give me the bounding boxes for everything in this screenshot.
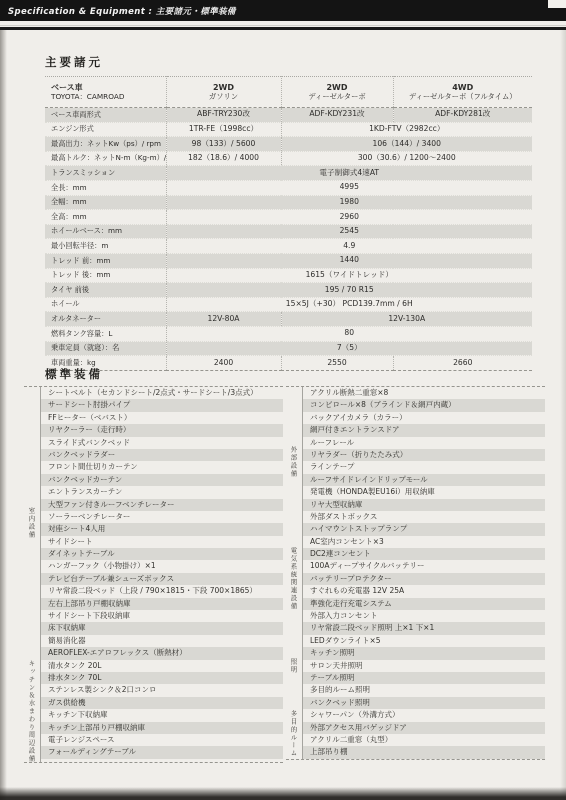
spec-row: 燃料タンク容量：L80 bbox=[45, 326, 532, 341]
page-edge-shadow-right bbox=[560, 30, 566, 800]
equipment-item: 排水タンク 70L bbox=[41, 672, 283, 684]
spec-cell: 106（144）/ 3400 bbox=[281, 137, 532, 152]
equipment-item: ガス供給機 bbox=[41, 697, 283, 709]
equipment-item: キッチン下収納庫 bbox=[41, 709, 283, 721]
equipment-item: エントランスカーテン bbox=[41, 486, 283, 498]
spec-row: 車両重量：kg240025502660 bbox=[45, 356, 532, 371]
equipment-group-label-text: キッチン＆水まわり周辺設備 bbox=[28, 660, 37, 763]
spec-cell: ADF-KDY231改 bbox=[281, 108, 393, 123]
equipment-item: 左右上部吊り戸棚収納庫 bbox=[41, 598, 283, 610]
spec-cell: 1KD-FTV（2982cc） bbox=[281, 122, 532, 137]
spec-row-label: ベース車両形式 bbox=[45, 108, 166, 123]
equipment-item: 多目的ルーム照明 bbox=[303, 684, 545, 696]
spec-header-line2: ディーゼルターボ bbox=[285, 93, 390, 101]
spec-row: 最小回転半径：m4.9 bbox=[45, 239, 532, 254]
spec-row-label: 乗車定員（就寝）：名 bbox=[45, 341, 166, 356]
equipment-item: スライド式バンクベッド bbox=[41, 437, 283, 449]
equipment-right-column: 外部設備アクリル断熱二重窓×8コンビロール×8（ブラインド＆網戸内蔵）バックアイ… bbox=[286, 386, 545, 760]
equipment-items: シートベルト（セカンドシート/2点式・サードシート/3点式）サードシート肘掛パイ… bbox=[41, 387, 283, 660]
equipment-item: コンビロール×8（ブラインド＆網戸内蔵） bbox=[303, 399, 545, 411]
spec-row: ホイールベース：mm2545 bbox=[45, 224, 532, 239]
spec-cell: 195 / 70 R15 bbox=[166, 283, 532, 298]
spec-cell: 2545 bbox=[166, 224, 532, 239]
spec-header-line1: 2WD bbox=[170, 83, 278, 92]
equipment-item: フロント間仕切りカーテン bbox=[41, 461, 283, 473]
equipment-item: テーブル照明 bbox=[303, 672, 545, 684]
equipment-group-label-text: 電気系統関連設備 bbox=[290, 547, 299, 610]
spec-header-line2: ガソリン bbox=[170, 93, 278, 101]
equipment-section-title: 標準装備 bbox=[45, 366, 103, 382]
equipment-item: リヤ常設二段ベッド照明 上×1 下×1 bbox=[303, 622, 545, 634]
spec-header-line1: 2WD bbox=[285, 83, 390, 92]
spec-cell: 4.9 bbox=[166, 239, 532, 254]
equipment-item: 外部ダストボックス bbox=[303, 511, 545, 523]
equipment-item: LEDダウンライト×5 bbox=[303, 635, 545, 647]
equipment-item: 簡易消化器 bbox=[41, 635, 283, 647]
equipment-item: リヤ常設二段ベッド（上段 / 790×1815・下段 700×1865） bbox=[41, 585, 283, 597]
spec-cell: 182（18.6）/ 4000 bbox=[166, 151, 281, 166]
equipment-item: ステンレス製シンク＆2口コンロ bbox=[41, 684, 283, 696]
equipment-item: サイドシート下段収納庫 bbox=[41, 610, 283, 622]
spec-row-label: 全幅：mm bbox=[45, 195, 166, 210]
equipment-items: 清水タンク 20L排水タンク 70Lステンレス製シンク＆2口コンロガス供給機キッ… bbox=[41, 660, 283, 763]
spec-cell: 4995 bbox=[166, 180, 532, 195]
spec-header-line2: ディーゼルターボ（フルタイム） bbox=[397, 93, 530, 101]
equipment-item: 準強化走行充電システム bbox=[303, 598, 545, 610]
equipment-item: 清水タンク 20L bbox=[41, 660, 283, 672]
spec-cell: 98（133）/ 5600 bbox=[166, 137, 281, 152]
equipment-item: 外部入力コンセント bbox=[303, 610, 545, 622]
spec-row-label: トレッド 後：mm bbox=[45, 268, 166, 283]
equipment-item: フォールディングテーブル bbox=[41, 746, 283, 758]
spec-cell: 7（5） bbox=[166, 341, 532, 356]
equipment-items: アクリル断熱二重窓×8コンビロール×8（ブラインド＆網戸内蔵）バックアイカメラ（… bbox=[303, 387, 545, 536]
spec-row: 全長：mm4995 bbox=[45, 180, 532, 195]
equipment-item: 外部アクセス用バゲッジドア bbox=[303, 722, 545, 734]
spec-table: ベース車TOYOTA：CAMROAD2WDガソリン2WDディーゼルターボ4WDデ… bbox=[45, 76, 532, 371]
equipment-group-label: キッチン＆水まわり周辺設備 bbox=[24, 660, 41, 763]
spec-header-line2: TOYOTA：CAMROAD bbox=[51, 93, 163, 101]
equipment-item: サロン天井照明 bbox=[303, 660, 545, 672]
equipment-item: バンクベッドカーテン bbox=[41, 474, 283, 486]
equipment-item: サードシート肘掛パイプ bbox=[41, 399, 283, 411]
equipment-group-label: 照明 bbox=[286, 622, 303, 709]
spec-header-base-vehicle: ベース車TOYOTA：CAMROAD bbox=[45, 77, 166, 108]
equipment-item: シートベルト（セカンドシート/2点式・サードシート/3点式） bbox=[41, 387, 283, 399]
spec-cell: 2960 bbox=[166, 210, 532, 225]
equipment-group: 外部設備アクリル断熱二重窓×8コンビロール×8（ブラインド＆網戸内蔵）バックアイ… bbox=[286, 387, 545, 536]
spec-row-label: トレッド 前：mm bbox=[45, 253, 166, 268]
equipment-item: バッテリープロテクター bbox=[303, 573, 545, 585]
spec-cell: 12V-80A bbox=[166, 312, 281, 327]
spec-row-label: ホイール bbox=[45, 297, 166, 312]
scan-corner-artifact bbox=[548, 0, 566, 8]
equipment-group-label: 多目的ルーム bbox=[286, 709, 303, 759]
spec-cell: 300（30.6）/ 1200～2400 bbox=[281, 151, 532, 166]
equipment-item: FFヒーター（ベバスト） bbox=[41, 412, 283, 424]
spec-row: トレッド 後：mm1615（ワイドトレッド） bbox=[45, 268, 532, 283]
equipment-group: 多目的ルームシャワーパン（外溝方式）外部アクセス用バゲッジドアアクリル二重窓（丸… bbox=[286, 709, 545, 759]
equipment-item: 網戸付きエントランスドア bbox=[303, 424, 545, 436]
spec-row-label: 全長：mm bbox=[45, 180, 166, 195]
spec-row-label: 最小回転半径：m bbox=[45, 239, 166, 254]
equipment-item: バックアイカメラ（カラー） bbox=[303, 412, 545, 424]
equipment-item: キッチン上部吊り戸棚収納庫 bbox=[41, 722, 283, 734]
spec-cell: 1980 bbox=[166, 195, 532, 210]
spec-row: 最高トルク：ネットN-m（Kg-m）/ rpm182（18.6）/ 400030… bbox=[45, 151, 532, 166]
spec-row: オルタネーター12V-80A12V-130A bbox=[45, 312, 532, 327]
equipment-group-label: 電気系統関連設備 bbox=[286, 536, 303, 623]
equipment-left-column: 室内設備シートベルト（セカンドシート/2点式・サードシート/3点式）サードシート… bbox=[24, 386, 283, 763]
equipment-items: シャワーパン（外溝方式）外部アクセス用バゲッジドアアクリル二重窓（丸型）上部吊り… bbox=[303, 709, 545, 759]
equipment-item: ラインテープ bbox=[303, 461, 545, 473]
equipment-item: アクリル断熱二重窓×8 bbox=[303, 387, 545, 399]
equipment-item: リヤクーラー（走行時） bbox=[41, 424, 283, 436]
spec-table-header: ベース車TOYOTA：CAMROAD2WDガソリン2WDディーゼルターボ4WDデ… bbox=[45, 77, 532, 108]
header-rule-light bbox=[0, 25, 566, 26]
spec-row: 乗車定員（就寝）：名7（5） bbox=[45, 341, 532, 356]
equipment-item: リヤラダー（折りたたみ式） bbox=[303, 449, 545, 461]
equipment-item: 電子レンジスペース bbox=[41, 734, 283, 746]
equipment-item: テレビ台テーブル兼シューズボックス bbox=[41, 573, 283, 585]
equipment-item: シャワーパン（外溝方式） bbox=[303, 709, 545, 721]
equipment-item: DC2連コンセント bbox=[303, 548, 545, 560]
spec-row-label: 最高トルク：ネットN-m（Kg-m）/ rpm bbox=[45, 151, 166, 166]
spec-cell: 1615（ワイドトレッド） bbox=[166, 268, 532, 283]
equipment-item: 上部吊り棚 bbox=[303, 746, 545, 758]
spec-section-title: 主要諸元 bbox=[45, 54, 103, 70]
spec-cell: 2660 bbox=[393, 356, 532, 371]
spec-cell: 2550 bbox=[281, 356, 393, 371]
equipment-group-label-text: 外部設備 bbox=[290, 446, 299, 478]
equipment-item: ルーフサイドレインドリップモール bbox=[303, 474, 545, 486]
equipment-item: 発電機（HONDA製EU16i）用収納庫 bbox=[303, 486, 545, 498]
spec-row-label: タイヤ 前後 bbox=[45, 283, 166, 298]
equipment-items: リヤ常設二段ベッド照明 上×1 下×1LEDダウンライト×5キッチン照明サロン天… bbox=[303, 622, 545, 709]
spec-header-line1: 4WD bbox=[397, 83, 530, 92]
spec-cell: 80 bbox=[166, 326, 532, 341]
spec-header-line1: ベース車 bbox=[51, 83, 163, 92]
spec-row: トランスミッション電子制御式4速AT bbox=[45, 166, 532, 181]
page-header-bar: Specification & Equipment : 主要諸元・標準装備 bbox=[0, 0, 566, 21]
page-edge-shadow-bottom bbox=[0, 787, 566, 800]
equipment-group-label-text: 照明 bbox=[290, 658, 299, 674]
spec-row-label: 最高出力：ネットKw（ps）/ rpm bbox=[45, 137, 166, 152]
equipment-item: 100Aディープサイクルバッテリー bbox=[303, 560, 545, 572]
spec-cell: 15×5J（+30） PCD139.7mm / 6H bbox=[166, 297, 532, 312]
spec-row: 最高出力：ネットKw（ps）/ rpm98（133）/ 5600106（144）… bbox=[45, 137, 532, 152]
equipment-items: AC室内コンセント×3DC2連コンセント100Aディープサイクルバッテリーバッテ… bbox=[303, 536, 545, 623]
spec-row-label: 全高：mm bbox=[45, 210, 166, 225]
spec-row: 全幅：mm1980 bbox=[45, 195, 532, 210]
equipment-item: 対座シート4人用 bbox=[41, 523, 283, 535]
spec-cell: ABF-TRY230改 bbox=[166, 108, 281, 123]
equipment-group: 照明リヤ常設二段ベッド照明 上×1 下×1LEDダウンライト×5キッチン照明サロ… bbox=[286, 622, 545, 709]
equipment-item: ダイネットテーブル bbox=[41, 548, 283, 560]
spec-cell: 電子制御式4速AT bbox=[166, 166, 532, 181]
spec-row: ホイール15×5J（+30） PCD139.7mm / 6H bbox=[45, 297, 532, 312]
equipment-group-label-text: 室内設備 bbox=[28, 507, 37, 539]
equipment-item: ルーフレール bbox=[303, 437, 545, 449]
spec-cell: ADF-KDY281改 bbox=[393, 108, 532, 123]
equipment-item: AEROFLEX-エアロフレックス（断熱材） bbox=[41, 647, 283, 659]
spec-row-label: オルタネーター bbox=[45, 312, 166, 327]
spec-header-variant: 2WDディーゼルターボ bbox=[281, 77, 393, 108]
equipment-item: ソーラーベンチレーター bbox=[41, 511, 283, 523]
equipment-item: サイドシート bbox=[41, 536, 283, 548]
equipment-item: リヤ大型収納庫 bbox=[303, 499, 545, 511]
equipment-item: AC室内コンセント×3 bbox=[303, 536, 545, 548]
equipment-item: アクリル二重窓（丸型） bbox=[303, 734, 545, 746]
catalog-page: { "colors": { "paper": "#f0eeea", "bar":… bbox=[0, 0, 566, 800]
spec-row-label: 燃料タンク容量：L bbox=[45, 326, 166, 341]
spec-row: タイヤ 前後195 / 70 R15 bbox=[45, 283, 532, 298]
equipment-group-label: 室内設備 bbox=[24, 387, 41, 660]
spec-header-variant: 2WDガソリン bbox=[166, 77, 281, 108]
equipment-item: ハイマウントストップランプ bbox=[303, 523, 545, 535]
spec-row: ベース車両形式ABF-TRY230改ADF-KDY231改ADF-KDY281改 bbox=[45, 108, 532, 123]
equipment-item: 床下収納庫 bbox=[41, 622, 283, 634]
equipment-group: 室内設備シートベルト（セカンドシート/2点式・サードシート/3点式）サードシート… bbox=[24, 387, 283, 660]
spec-row: エンジン形式1TR-FE（1998cc）1KD-FTV（2982cc） bbox=[45, 122, 532, 137]
equipment-item: すぐれもの充電器 12V 25A bbox=[303, 585, 545, 597]
equipment-group: 電気系統関連設備AC室内コンセント×3DC2連コンセント100Aディープサイクル… bbox=[286, 536, 545, 623]
equipment-item: キッチン照明 bbox=[303, 647, 545, 659]
spec-row-label: トランスミッション bbox=[45, 166, 166, 181]
equipment-group-label: 外部設備 bbox=[286, 387, 303, 536]
page-header-title: Specification & Equipment : 主要諸元・標準装備 bbox=[0, 5, 236, 17]
equipment-item: ハンガーフック（小物掛け）×1 bbox=[41, 560, 283, 572]
equipment-item: 大型ファン付きルーフベンチレーター bbox=[41, 499, 283, 511]
equipment-item: バンクベッド照明 bbox=[303, 697, 545, 709]
equipment-group-label-text: 多目的ルーム bbox=[290, 710, 299, 757]
spec-row: トレッド 前：mm1440 bbox=[45, 253, 532, 268]
page-edge-shadow-left bbox=[0, 30, 7, 800]
spec-header-variant: 4WDディーゼルターボ（フルタイム） bbox=[393, 77, 532, 108]
spec-cell: 2400 bbox=[166, 356, 281, 371]
equipment-group: キッチン＆水まわり周辺設備清水タンク 20L排水タンク 70Lステンレス製シンク… bbox=[24, 660, 283, 763]
equipment-item: バンクベッドラダー bbox=[41, 449, 283, 461]
spec-cell: 12V-130A bbox=[281, 312, 532, 327]
spec-cell: 1440 bbox=[166, 253, 532, 268]
header-rule-dark bbox=[0, 27, 566, 30]
spec-row-label: エンジン形式 bbox=[45, 122, 166, 137]
spec-row-label: ホイールベース：mm bbox=[45, 224, 166, 239]
spec-row: 全高：mm2960 bbox=[45, 210, 532, 225]
spec-cell: 1TR-FE（1998cc） bbox=[166, 122, 281, 137]
